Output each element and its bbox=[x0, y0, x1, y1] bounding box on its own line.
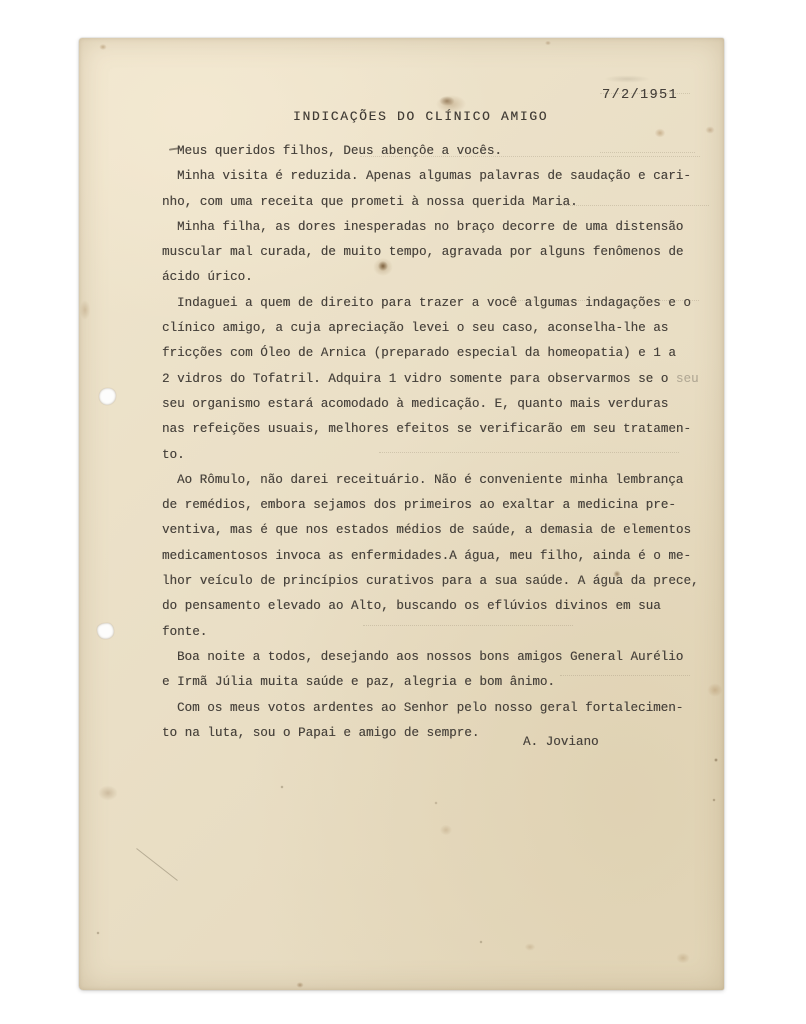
letter-line: Com os meus votos ardentes ao Senhor pel… bbox=[162, 696, 722, 721]
letter-line: seu organismo estará acomodado à medicaç… bbox=[162, 392, 722, 417]
letter-line: de remédios, embora sejamos dos primeiro… bbox=[162, 493, 722, 518]
faded-word: seu bbox=[668, 372, 698, 386]
scanned-document-canvas: 7/2/1951 INDICAÇÕES DO CLÍNICO AMIGO Meu… bbox=[0, 0, 806, 1024]
letter-line: 2 vidros do Tofatril. Adquira 1 vidro so… bbox=[162, 367, 722, 392]
letter-page: 7/2/1951 INDICAÇÕES DO CLÍNICO AMIGO Meu… bbox=[79, 38, 724, 990]
punch-hole-bottom bbox=[97, 623, 114, 639]
letter-line: e Irmã Júlia muita saúde e paz, alegria … bbox=[162, 670, 722, 695]
letter-line: nas refeições usuais, melhores efeitos s… bbox=[162, 417, 722, 442]
letter-line: Minha filha, as dores inesperadas no bra… bbox=[162, 215, 722, 240]
letter-line: ventiva, mas é que nos estados médios de… bbox=[162, 518, 722, 543]
letter-line: do pensamento elevado ao Alto, buscando … bbox=[162, 594, 722, 619]
letter-line: fonte. bbox=[162, 620, 722, 645]
letter-date: 7/2/1951 bbox=[602, 88, 678, 103]
letter-line: to na luta, sou o Papai e amigo de sempr… bbox=[162, 721, 722, 746]
letter-line: Boa noite a todos, desejando aos nossos … bbox=[162, 645, 722, 670]
letter-signature: A. Joviano bbox=[523, 735, 599, 749]
letter-line: muscular mal curada, de muito tempo, agr… bbox=[162, 240, 722, 265]
letter-line: Ao Rômulo, não darei receituário. Não é … bbox=[162, 468, 722, 493]
letter-line: medicamentosos invoca as enfermidades.A … bbox=[162, 544, 722, 569]
letter-line: to. bbox=[162, 443, 722, 468]
letter-line: ácido úrico. bbox=[162, 265, 722, 290]
letter-title: INDICAÇÕES DO CLÍNICO AMIGO bbox=[293, 109, 548, 124]
letter-body: Meus queridos filhos, Deus abençôe a voc… bbox=[162, 139, 722, 746]
letter-line: clínico amigo, a cuja apreciação levei o… bbox=[162, 316, 722, 341]
letter-line: fricções com Óleo de Arnica (preparado e… bbox=[162, 341, 722, 366]
letter-line: Indaguei a quem de direito para trazer a… bbox=[162, 291, 722, 316]
letter-line: Minha visita é reduzida. Apenas algumas … bbox=[162, 164, 722, 189]
letter-line: Meus queridos filhos, Deus abençôe a voc… bbox=[162, 139, 722, 164]
letter-line: nho, com uma receita que prometi à nossa… bbox=[162, 190, 722, 215]
letter-line: lhor veículo de princípios curativos par… bbox=[162, 569, 722, 594]
